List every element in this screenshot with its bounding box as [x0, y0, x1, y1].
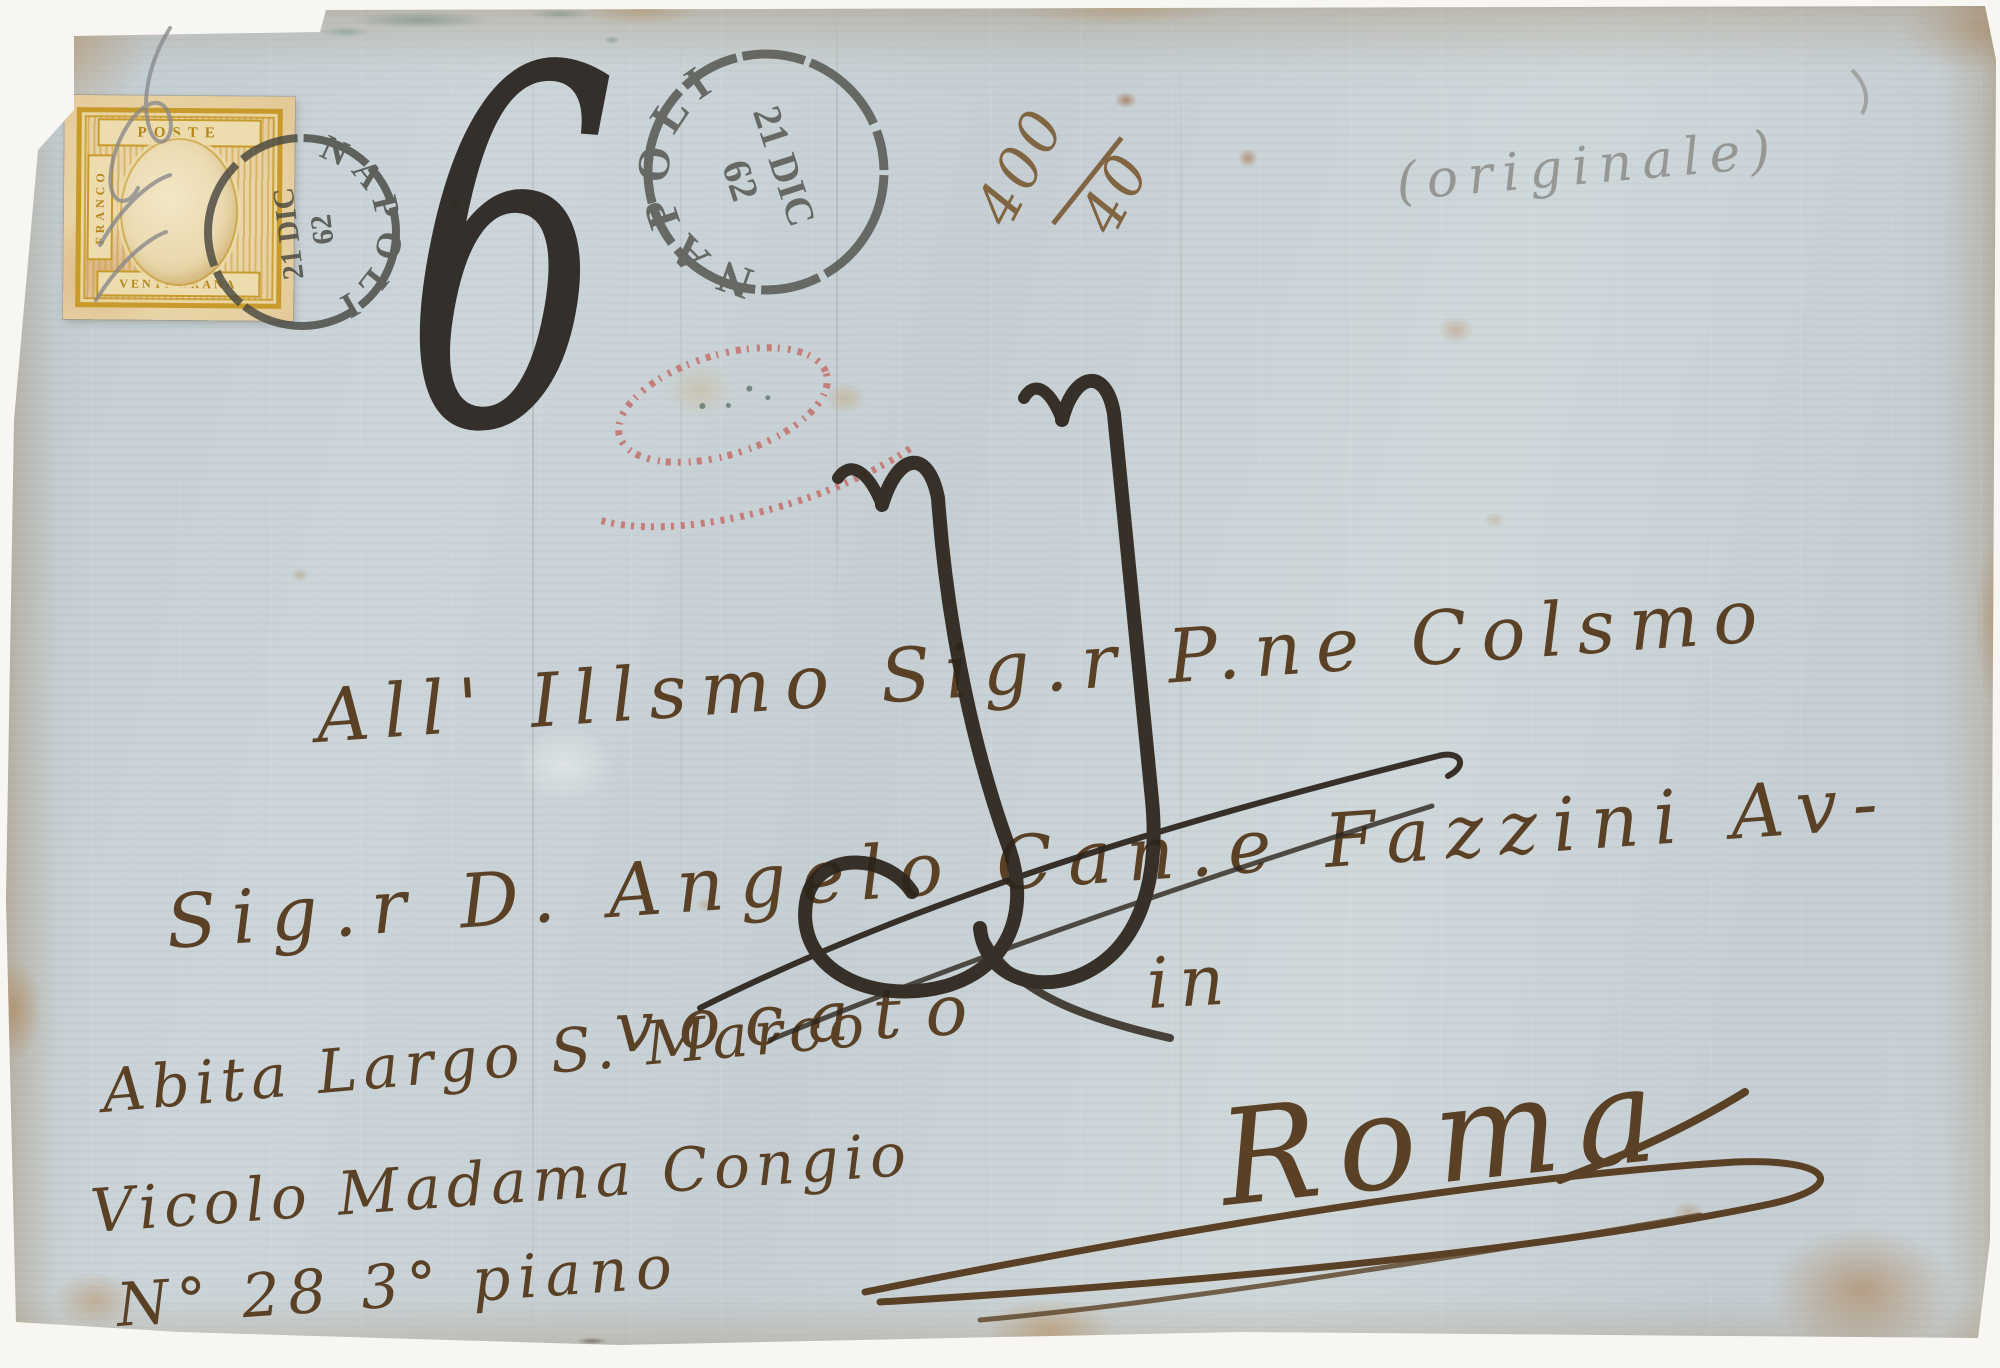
- manuscript-six: 6: [390, 0, 627, 550]
- oval-ink-specks: [698, 381, 771, 420]
- napoli-cds-main: NAPOLI 21 DIC 62: [606, 22, 905, 326]
- pencil-scribble: [96, 28, 171, 300]
- residence-line-1: Abita Largo S. Marco: [94, 990, 873, 1127]
- svg-text:62: 62: [304, 213, 340, 247]
- destination-roma: Roma: [1210, 1036, 1680, 1237]
- svg-text:21 DIC: 21 DIC: [267, 186, 311, 282]
- red-oval-mark: [565, 307, 919, 557]
- cds-date: 21 DIC 62: [267, 182, 345, 282]
- pencil-note: (originale): [1394, 120, 1783, 213]
- address-line-1: All' Illsmo Sig.r P.ne Colsmo: [307, 572, 1774, 760]
- scanned-cover: POSTE FRANCO VENTI GRANA: [0, 0, 2000, 1368]
- address-line-2: Sig.r D. Angelo Can.e Fazzini Av-: [163, 759, 1895, 965]
- rate-marks: 400 40: [961, 86, 1169, 282]
- napoli-cds-on-stamp: NAPOLI 21 DIC 62: [199, 121, 419, 343]
- residence-line-3: N° 28 3° piano: [112, 1232, 682, 1341]
- cds-date: 21 DIC 62: [700, 100, 825, 245]
- residence-line-2: Vicolo Madama Congio: [88, 1120, 914, 1247]
- address-line-3-right: in: [1145, 939, 1237, 1025]
- pencil-mark-small: [1852, 70, 1866, 114]
- ink-overlay: NAPOLI 21 DIC 62 NAPOLI 21 DIC 62 6: [0, 0, 2000, 1368]
